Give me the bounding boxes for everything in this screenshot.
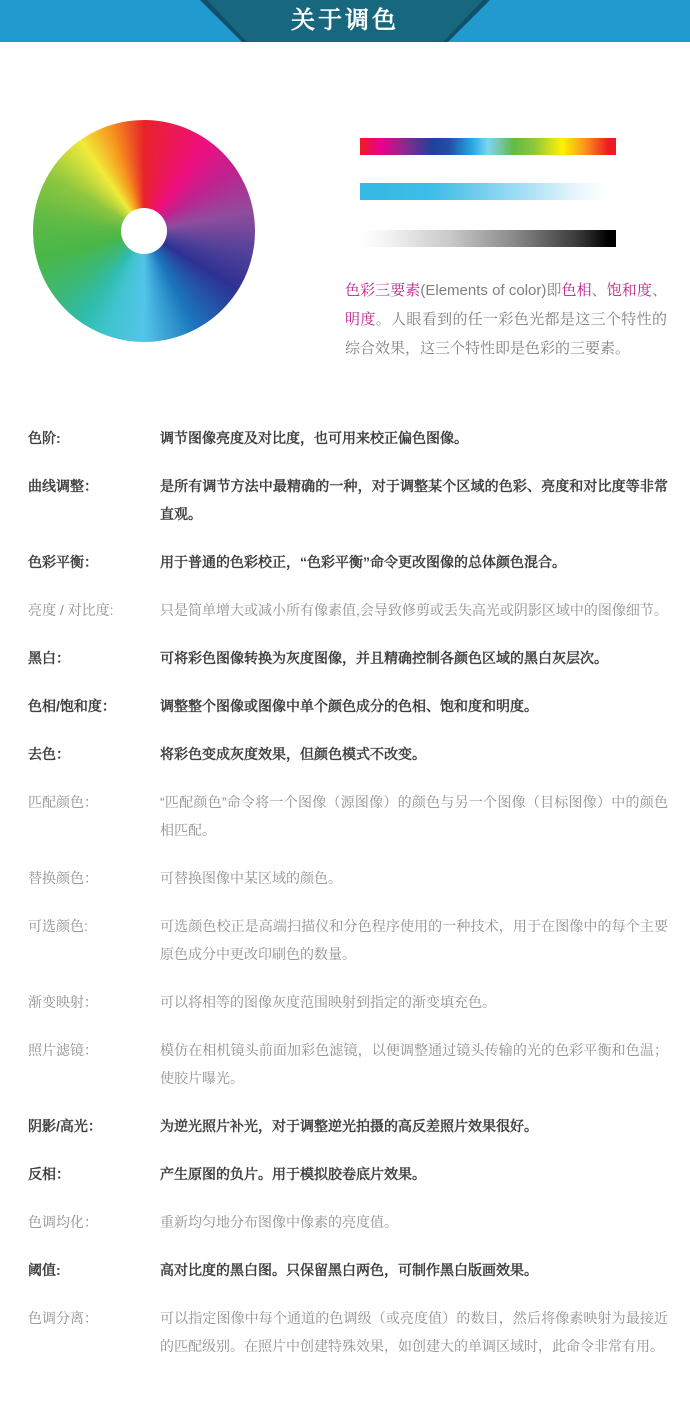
glossary-definition: 重新均匀地分布图像中像素的亮度值。 [160, 1208, 668, 1236]
glossary-term: 可选颜色: [28, 912, 160, 940]
glossary-row: 阈值: 高对比度的黑白图。只保留黑白两色，可制作黑白版画效果。 [28, 1256, 690, 1284]
intro-highlight: 饱和度 [607, 282, 652, 299]
intro-text: 、 [652, 282, 667, 299]
intro-highlight: 色相 [562, 282, 592, 299]
glossary-row: 照片滤镜： 模仿在相机镜头前面加彩色滤镜，以便调整通过镜头传输的光的色彩平衡和色… [28, 1036, 690, 1092]
glossary-definition: 可选颜色校正是高端扫描仪和分色程序使用的一种技术，用于在图像中的每个主要原色成分… [160, 912, 668, 968]
hero-section: 色彩三要素(Elements of color)即色相、饱和度、明度。人眼看到的… [0, 42, 690, 424]
glossary-definition: 调整整个图像或图像中单个颜色成分的色相、饱和度和明度。 [160, 692, 668, 720]
intro-highlight: 明度 [345, 311, 376, 328]
glossary-term: 亮度 / 对比度: [28, 596, 160, 624]
glossary-row: 黑白： 可将彩色图像转换为灰度图像，并且精确控制各颜色区域的黑白灰层次。 [28, 644, 690, 672]
glossary: 色阶: 调节图像亮度及对比度，也可用来校正偏色图像。 曲线调整： 是所有调节方法… [0, 424, 690, 1400]
glossary-row: 色调分离： 可以指定图像中每个通道的色调级（或亮度值）的数目，然后将像素映射为最… [28, 1304, 690, 1360]
glossary-definition: “匹配颜色”命令将一个图像（源图像）的颜色与另一个图像（目标图像）中的颜色相匹配… [160, 788, 668, 844]
glossary-row: 阴影/高光： 为逆光照片补光，对于调整逆光拍摄的高反差照片效果很好。 [28, 1112, 690, 1140]
glossary-row: 渐变映射： 可以将相等的图像灰度范围映射到指定的渐变填充色。 [28, 988, 690, 1016]
glossary-row: 色彩平衡： 用于普通的色彩校正，“色彩平衡”命令更改图像的总体颜色混合。 [28, 548, 690, 576]
glossary-term: 色调均化： [28, 1208, 160, 1236]
glossary-row: 色调均化： 重新均匀地分布图像中像素的亮度值。 [28, 1208, 690, 1236]
glossary-term: 色调分离： [28, 1304, 160, 1332]
glossary-definition: 可以指定图像中每个通道的色调级（或亮度值）的数目，然后将像素映射为最接近的匹配级… [160, 1304, 668, 1360]
glossary-term: 渐变映射： [28, 988, 160, 1016]
glossary-definition: 高对比度的黑白图。只保留黑白两色，可制作黑白版画效果。 [160, 1256, 668, 1284]
glossary-definition: 用于普通的色彩校正，“色彩平衡”命令更改图像的总体颜色混合。 [160, 548, 668, 576]
intro-text: (Elements of color)即 [420, 282, 561, 299]
glossary-row: 色阶: 调节图像亮度及对比度，也可用来校正偏色图像。 [28, 424, 690, 452]
page: { "banner": { "title": "关于调色" }, "colors… [0, 0, 690, 1407]
color-wheel-image [33, 120, 255, 342]
glossary-row: 可选颜色: 可选颜色校正是高端扫描仪和分色程序使用的一种技术，用于在图像中的每个… [28, 912, 690, 968]
saturation-gradient-bar [360, 183, 616, 200]
page-title: 关于调色 [291, 0, 399, 42]
glossary-row: 匹配颜色： “匹配颜色”命令将一个图像（源图像）的颜色与另一个图像（目标图像）中… [28, 788, 690, 844]
glossary-term: 色阶: [28, 424, 160, 452]
glossary-definition: 可替换图像中某区域的颜色。 [160, 864, 668, 892]
brightness-gradient-bar [360, 230, 616, 247]
intro-text: 、 [592, 282, 607, 299]
intro-text: 。人眼看到的任一彩色光都是这三个特性的综合效果，这三个特性即是色彩的三要素。 [345, 311, 667, 357]
glossary-row: 色相/饱和度： 调整整个图像或图像中单个颜色成分的色相、饱和度和明度。 [28, 692, 690, 720]
glossary-term: 去色： [28, 740, 160, 768]
glossary-row: 曲线调整： 是所有调节方法中最精确的一种，对于调整某个区域的色彩、亮度和对比度等… [28, 472, 690, 528]
intro-paragraph: 色彩三要素(Elements of color)即色相、饱和度、明度。人眼看到的… [345, 276, 667, 363]
glossary-definition: 可将彩色图像转换为灰度图像，并且精确控制各颜色区域的黑白灰层次。 [160, 644, 668, 672]
glossary-row: 反相： 产生原图的负片。用于模拟胶卷底片效果。 [28, 1160, 690, 1188]
banner-ribbon: 关于调色 [207, 0, 483, 42]
glossary-term: 曲线调整： [28, 472, 160, 500]
glossary-row: 亮度 / 对比度: 只是简单增大或减小所有像素值,会导致修剪或丢失高光或阴影区域… [28, 596, 690, 624]
glossary-term: 色彩平衡： [28, 548, 160, 576]
glossary-definition: 产生原图的负片。用于模拟胶卷底片效果。 [160, 1160, 668, 1188]
banner: 关于调色 [0, 0, 690, 42]
glossary-term: 黑白： [28, 644, 160, 672]
glossary-term: 匹配颜色： [28, 788, 160, 816]
glossary-term: 色相/饱和度： [28, 692, 160, 720]
hue-spectrum-bar [360, 138, 616, 155]
glossary-term: 阈值: [28, 1256, 160, 1284]
glossary-term: 阴影/高光： [28, 1112, 160, 1140]
glossary-definition: 为逆光照片补光，对于调整逆光拍摄的高反差照片效果很好。 [160, 1112, 668, 1140]
glossary-definition: 只是简单增大或减小所有像素值,会导致修剪或丢失高光或阴影区域中的图像细节。 [160, 596, 668, 624]
glossary-term: 照片滤镜： [28, 1036, 160, 1064]
glossary-definition: 将彩色变成灰度效果，但颜色模式不改变。 [160, 740, 668, 768]
glossary-definition: 模仿在相机镜头前面加彩色滤镜，以便调整通过镜头传输的光的色彩平衡和色温；使胶片曝… [160, 1036, 668, 1092]
glossary-definition: 调节图像亮度及对比度，也可用来校正偏色图像。 [160, 424, 668, 452]
glossary-definition: 可以将相等的图像灰度范围映射到指定的渐变填充色。 [160, 988, 668, 1016]
glossary-row: 替换颜色： 可替换图像中某区域的颜色。 [28, 864, 690, 892]
glossary-term: 反相： [28, 1160, 160, 1188]
intro-highlight: 色彩三要素 [345, 282, 420, 299]
glossary-row: 去色： 将彩色变成灰度效果，但颜色模式不改变。 [28, 740, 690, 768]
glossary-definition: 是所有调节方法中最精确的一种，对于调整某个区域的色彩、亮度和对比度等非常直观。 [160, 472, 668, 528]
glossary-term: 替换颜色： [28, 864, 160, 892]
